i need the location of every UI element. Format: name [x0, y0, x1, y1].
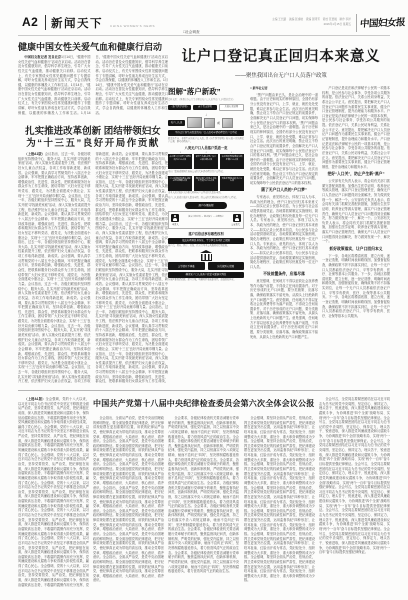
paragraph: 全会号召，全党同志要紧密团结在以习近平同志为总书记的党中央周围，坚定信心、保持定… [319, 397, 390, 555]
document-photo [187, 117, 202, 128]
article-reform-text: 会议指出，过去一年，各级妇联组织坚持围绕中心、服务大局，扎实开展“寻找最美家庭”… [18, 152, 168, 383]
continued-from-a1: （上接A1版） [24, 152, 44, 156]
infographic-card: 农村地区因婚嫁被注销原籍户口人员 [220, 154, 244, 169]
infographic-benefit-title: 落户后依法享有哪些权利 [168, 231, 244, 236]
section-title-english: CHINA WOMEN'S NEWS [110, 24, 155, 28]
newspaper-masthead: 中国妇女报 [360, 14, 407, 30]
infographic-card: 被宣告失踪或死亡后户口被注销人员 [194, 154, 218, 169]
document-photo [222, 118, 233, 128]
or-label: 或 [217, 121, 220, 125]
document-photo [204, 118, 215, 128]
article-health-lead: 中国妇女报记者 发自北京 [24, 55, 61, 59]
infographic-caption: 政策外生育、非婚生育的无户口人员，凭《出生医学证明》和父母一方的居民户口簿，即可… [168, 138, 244, 144]
process-right-label: 公安机关 [231, 222, 240, 226]
infographic-box: 无户口人员 [168, 120, 185, 126]
subheading: 把好“入口关”，防止产生新“黑户” [322, 172, 390, 177]
communique-column-1: （上接A1版）全会强调，党的十八大以来，以习近平同志为总书记的党中央坚定不移推进… [18, 397, 89, 587]
paragraph: “黑户”问题由来已久，是社会治理中的一道难题。由于历史和现实的种种原因，全国仍有… [250, 93, 318, 186]
section-rule [18, 390, 390, 391]
government-building-icon [198, 250, 214, 261]
paragraph: 全会强调，要坚持全面从严治党、依规治党，捍卫党章党规党纪的权威性和严肃性，把纪律… [244, 416, 315, 583]
infographic-caption: 各地区要摸清底数、建立台账，明确时间表和路线图，加强督促检查。 [168, 279, 244, 282]
communique-column-3: 全会要求，各级纪律检查机关要忠诚履行党章赋予的职责，聚焦监督执纪问责，创新体制机… [168, 416, 239, 587]
paragraph: 专家表示，意见的出台，体现了以人为本、执政为民的理念，使户口登记回归其本来意义—… [250, 195, 318, 269]
byline: □ 新华社记者 [250, 86, 318, 90]
infographic-card: 我国公民与外国人非婚生育的无户口人员 [194, 176, 218, 191]
header-rule [18, 35, 390, 36]
paragraph: 全会强调，党的十八大以来，以习近平同志为总书记的党中央坚定不移推进全面从严治党，… [18, 397, 89, 587]
infographic-caption: 落户后，教育、医疗、社保、住房等基本公共服务将得到保障。 [168, 245, 244, 248]
infographic: 图解“落户新政” 资料来源：《国务院办公厅关于解决无户口人员登记户口问题的意见》… [168, 86, 244, 388]
masthead-divider [356, 14, 357, 32]
infographic-card: 户口迁移证件遗失或超过有效期限人员 [168, 176, 192, 191]
process-left-label: 申请人 [172, 222, 179, 226]
subheading: 不设前置条件，应落尽落 [250, 272, 318, 277]
infographic-caption: 可在户籍地或现居住地向公安机关申请办理常住户口登记。 [168, 171, 244, 174]
article-health-body: 中国妇女报记者 发自北京1月14日，“健康中国女性关爱气血和健康行”活动在京启动… [18, 55, 168, 119]
infographic-box: 亲子鉴定证明 [193, 105, 216, 111]
article-reform-title-line2: 为“十三五”良好开局作贡献 [18, 135, 168, 149]
infographic-process-box: 提交申请材料 → 调查核实 → 办理落户 申请人 公安机关 [168, 211, 244, 230]
newspaper-page: A2 新闻天下 CHINA WOMEN'S NEWS 主编 王长路 美编 张睿晗… [0, 0, 408, 600]
date-line: 2016年1月15日 星期五 [205, 22, 351, 27]
article-health-text: 1月14日，“健康中国女性关爱气血和健康行”活动在京启动。活动旨在普及女性健康知… [18, 55, 168, 115]
paragraph: 户口登记是宪法和法律赋予公民的一项基本权利，是公民参与社会事务、享受各项公共服务… [322, 86, 390, 170]
infographic-bar: 不符合计划生育政策的无户口人员可申请办理常住户口登记 [168, 130, 244, 136]
infographic-bar: 依法办理居民身份证，平等享受各项社会保障 [168, 238, 244, 244]
section-title: 新闻天下 [51, 15, 103, 31]
page-number: A2 [22, 15, 38, 29]
infographic-caption: 由本人或者监护人持相关材料向户口登记机关提出申请。 [168, 192, 244, 195]
infographic-card: 未办理《出生医学证明》的无户口人员 [168, 154, 192, 169]
infographic-box-outline: 其他有效证明 [219, 104, 244, 112]
infographic-title: 图解“落户新政” [168, 86, 244, 97]
down-arrow-icon [168, 113, 244, 117]
infographic-card: 其他原因造成的无户口人员 [220, 176, 244, 191]
main-article-column-1: □ 新华社记者 “黑户”问题由来已久，是社会治理中的一道难题。由于历史和现实的种… [250, 86, 318, 388]
infographic-box: 出行就医有保障 [208, 262, 245, 270]
paragraph: 公安部有关负责人表示，将会同有关部门抓紧完善配套措施，加强出生医学证明、收养登记… [322, 179, 390, 244]
paragraph: 全会要求，各级纪律检查机关要忠诚履行党章赋予的职责，聚焦监督执纪问责，创新体制机… [168, 416, 239, 574]
infographic-caption: 无户口人员或其监护人提出申请，经公安机关调查核实后办理户口登记。 [168, 197, 244, 200]
infographic-box: 上学就业不再难 [168, 262, 205, 270]
communique-title: 中国共产党第十八届中央纪律检查委员会第六次全体会议公报 [93, 398, 314, 409]
infographic-source: 资料来源：《国务院办公厅关于解决无户口人员登记户口问题的意见》 [168, 99, 244, 102]
main-article-title: 让户口登记真正回归本来意义 [172, 45, 390, 66]
subheading: 抓好政策落实，让户口回归本义 [322, 247, 390, 252]
person-icon [171, 214, 179, 222]
main-article-subtitle: ——聚焦我国出台无户口人员落户政策 [172, 71, 390, 79]
continued-from-a1: （上接A1版） [24, 397, 45, 401]
article-reform-body: （上接A1版）会议指出，过去一年，各级妇联组织坚持围绕中心、服务大局，扎实开展“… [18, 152, 168, 388]
header-divider [45, 15, 46, 30]
article-health-title: 健康中国女性关爱气血和健康行启动 [18, 40, 170, 53]
infographic-pill-label: 落户办理流程 [185, 202, 227, 209]
main-article-column-2: 户口登记是宪法和法律赋予公民的一项基本权利，是公民参与社会事务、享受各项公共服务… [322, 86, 390, 388]
edition-credits: 主编 王长路 美编 张睿晗 责编 张明芳 责校 范语晨 制作 李洋 2016年1… [205, 17, 351, 28]
subheading: 圆了无户口人员的“户口梦” [250, 188, 318, 193]
infographic-bar: 确保无户口人员落户政策全面落实到位 [168, 272, 244, 278]
communique-column-2: 全会指出，全面从严治党，是党中央治国理政的鲜明特征。要全面加强党的纪律建设，把守… [93, 416, 164, 587]
communique-column-4: 全会强调，要坚持全面从严治党、依规治党，捍卫党章党规党纪的权威性和严肃性，把纪律… [244, 416, 315, 587]
main-article-kicker: □社会调查 [183, 30, 200, 35]
paragraph: 意见强调，任何地方不得以征收社会抚养费等作为落户前提，不得设立任何前置条件。对于… [250, 279, 318, 339]
paragraph: 下一步，各地区将摸清底数、建立台账，逐一登记造册，明确时间表和路线图，加强督促检… [322, 254, 390, 319]
communique-column-5: 全会号召，全党同志要紧密团结在以习近平同志为总书记的党中央周围，坚定信心、保持定… [319, 397, 390, 587]
paragraph: 全会指出，全面从严治党，是党中央治国理政的鲜明特征。要全面加强党的纪律建设，把守… [93, 416, 164, 583]
process-steps: 提交申请材料 → 调查核实 → 办理落户 [181, 216, 231, 219]
person-icon [233, 214, 241, 222]
infographic-box: 《出生医学证明》 [168, 105, 191, 111]
